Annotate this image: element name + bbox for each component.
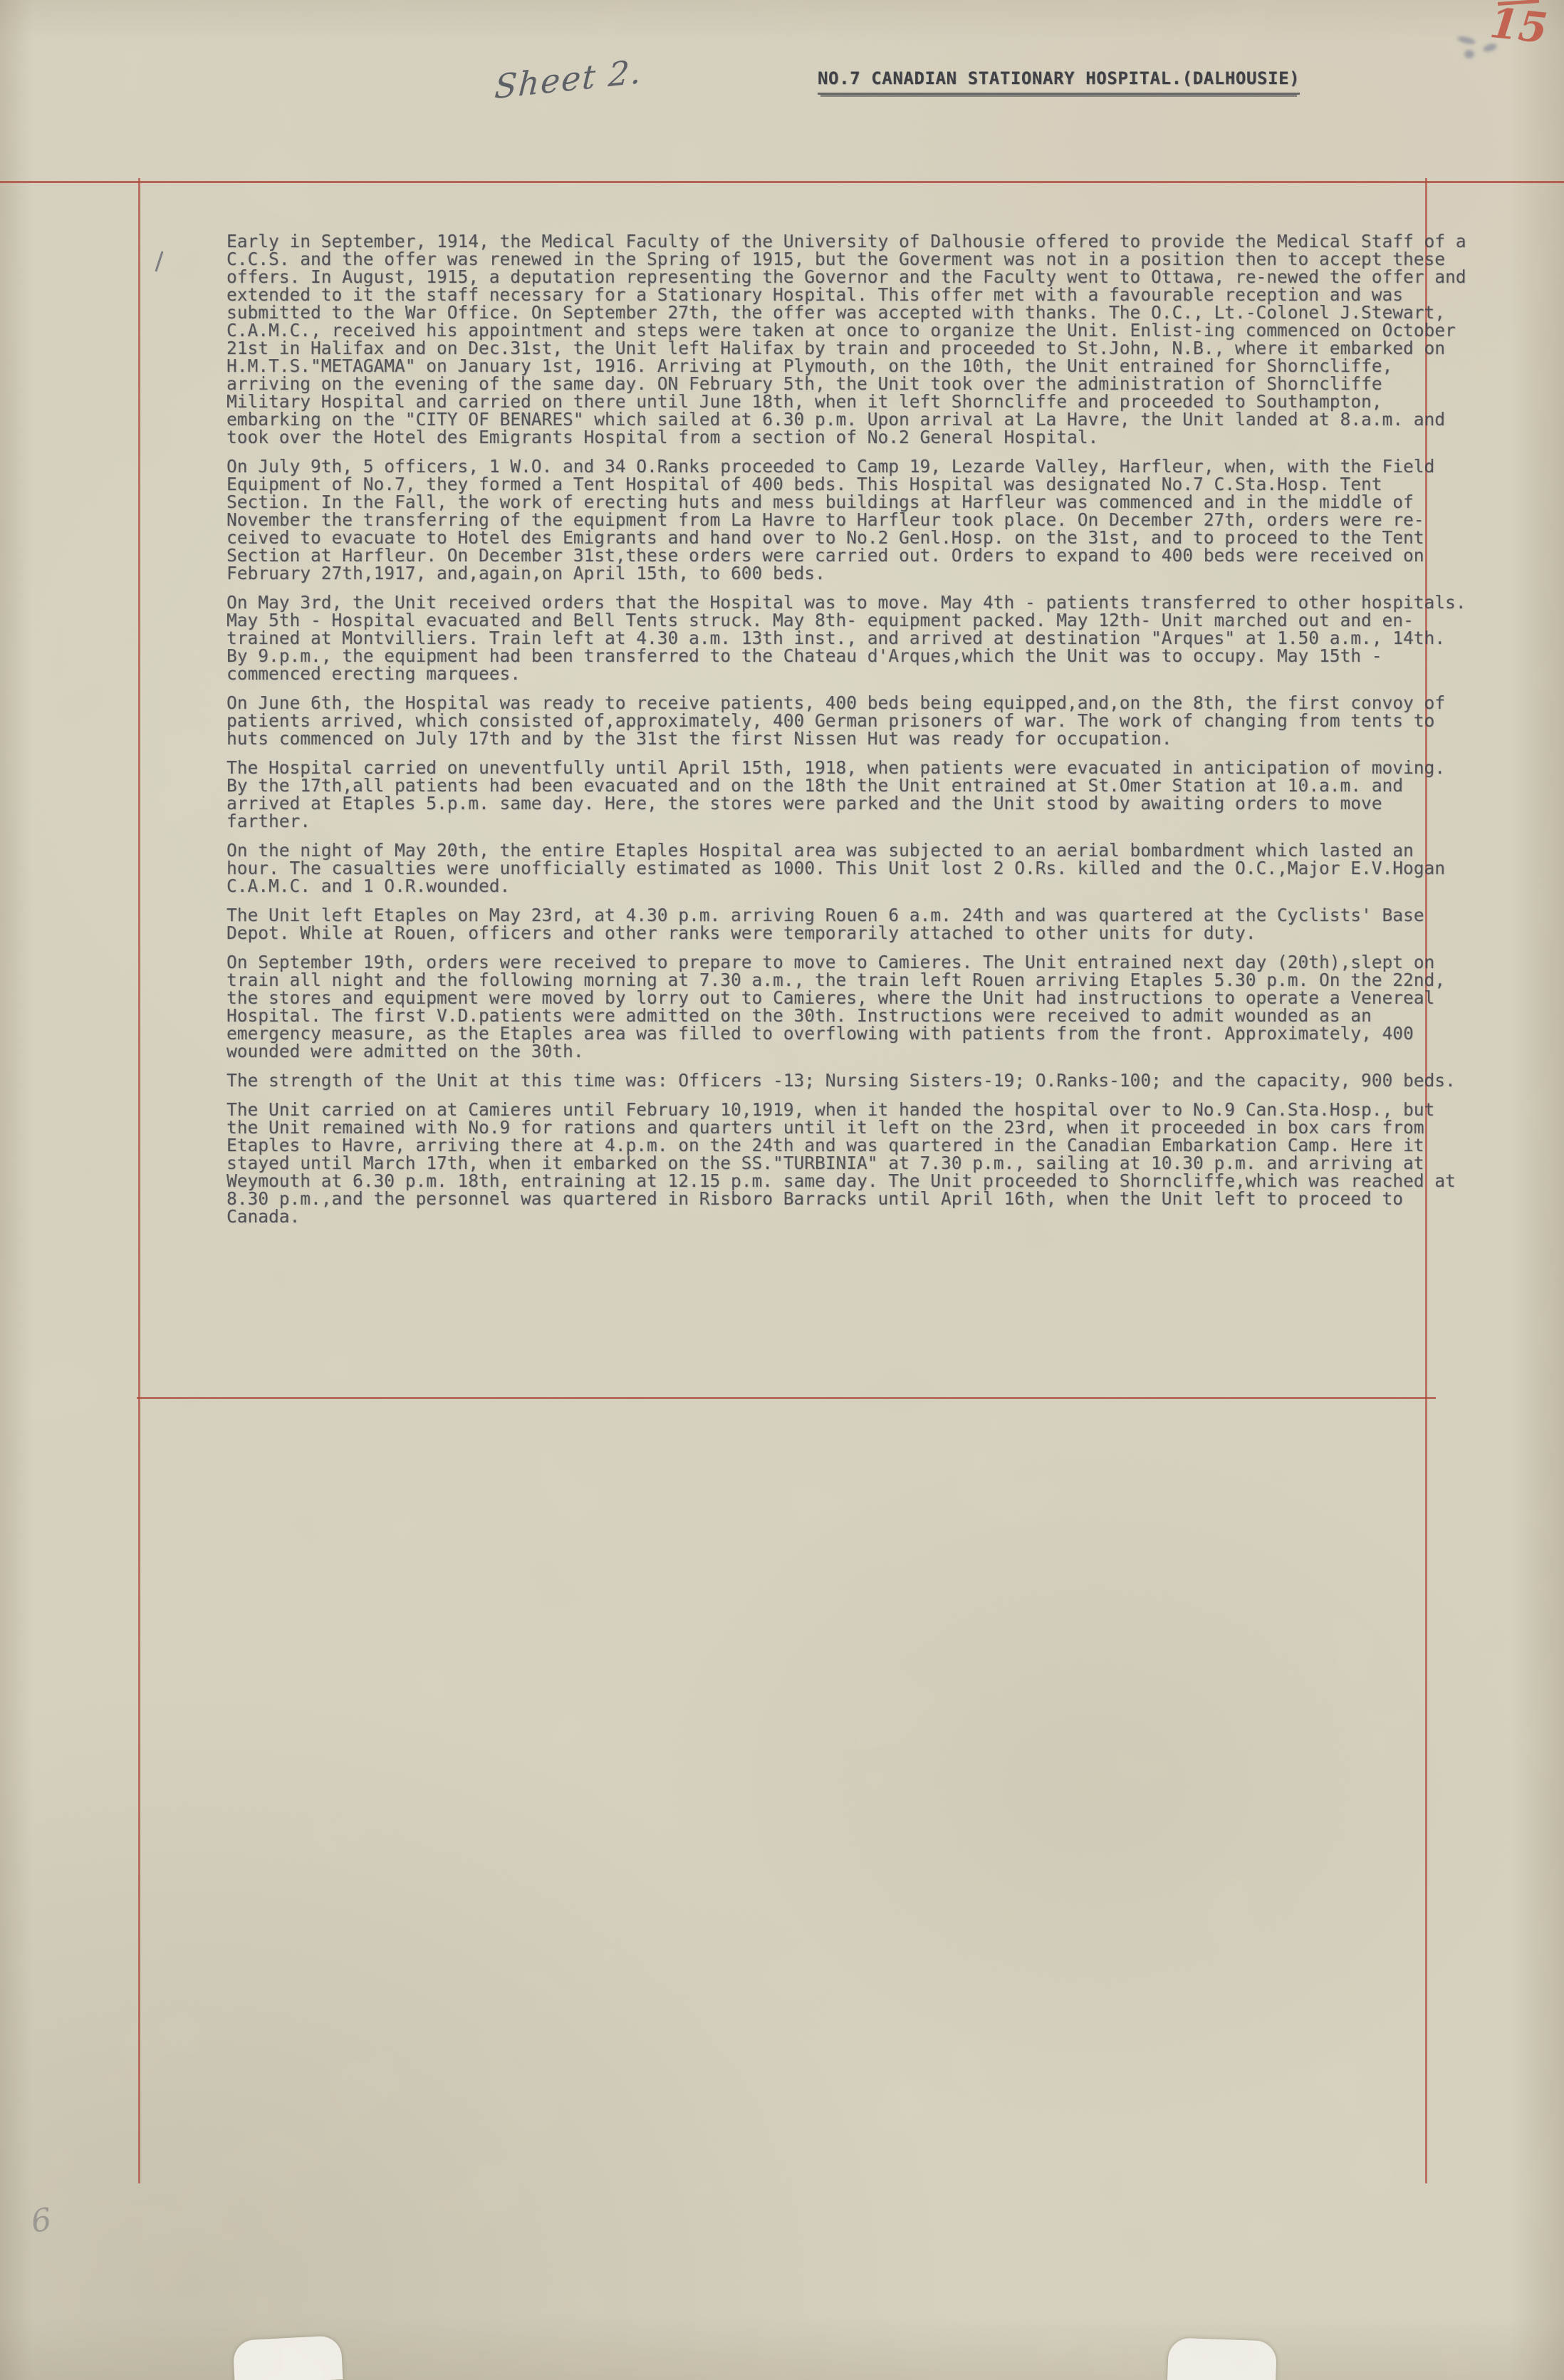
ruled-line-middle — [137, 1397, 1436, 1399]
typed-paragraph: On September 19th, orders were received … — [226, 953, 1471, 1060]
handwritten-page-number: 15 — [1488, 0, 1550, 53]
typed-paragraph: On the night of May 20th, the entire Eta… — [226, 841, 1471, 895]
typed-paragraph: On July 9th, 5 officers, 1 W.O. and 34 O… — [226, 457, 1471, 582]
typed-paragraph: On May 3rd, the Unit received orders tha… — [226, 593, 1471, 682]
typed-paragraph: The strength of the Unit at this time wa… — [226, 1071, 1471, 1089]
typed-paragraph: The Unit left Etaples on May 23rd, at 4.… — [226, 906, 1471, 942]
ink-smudge — [1482, 42, 1498, 53]
page-title: NO.7 CANADIAN STATIONARY HOSPITAL.(DALHO… — [818, 68, 1300, 95]
handwritten-check-mark — [155, 251, 163, 271]
handwritten-sheet-label: Sheet 2. — [494, 52, 644, 107]
mounting-tab — [232, 2335, 343, 2380]
scanned-document-page: Sheet 2. NO.7 CANADIAN STATIONARY HOSPIT… — [0, 0, 1564, 2380]
typed-paragraph: The Unit carried on at Camieres until Fe… — [226, 1101, 1471, 1225]
typed-paragraph: The Hospital carried on uneventfully unt… — [226, 759, 1471, 830]
typed-paragraph: On June 6th, the Hospital was ready to r… — [226, 694, 1471, 747]
typed-paragraph: Early in September, 1914, the Medical Fa… — [226, 232, 1471, 446]
ink-smudge — [1464, 50, 1474, 58]
ruled-line-left-margin — [138, 178, 140, 2183]
handwritten-corner-mark: 6 — [29, 2201, 54, 2240]
mounting-tab — [1167, 2337, 1277, 2380]
ink-smudge — [1456, 35, 1476, 46]
ruled-line-top — [0, 181, 1564, 183]
typed-paragraphs: Early in September, 1914, the Medical Fa… — [226, 232, 1471, 1237]
